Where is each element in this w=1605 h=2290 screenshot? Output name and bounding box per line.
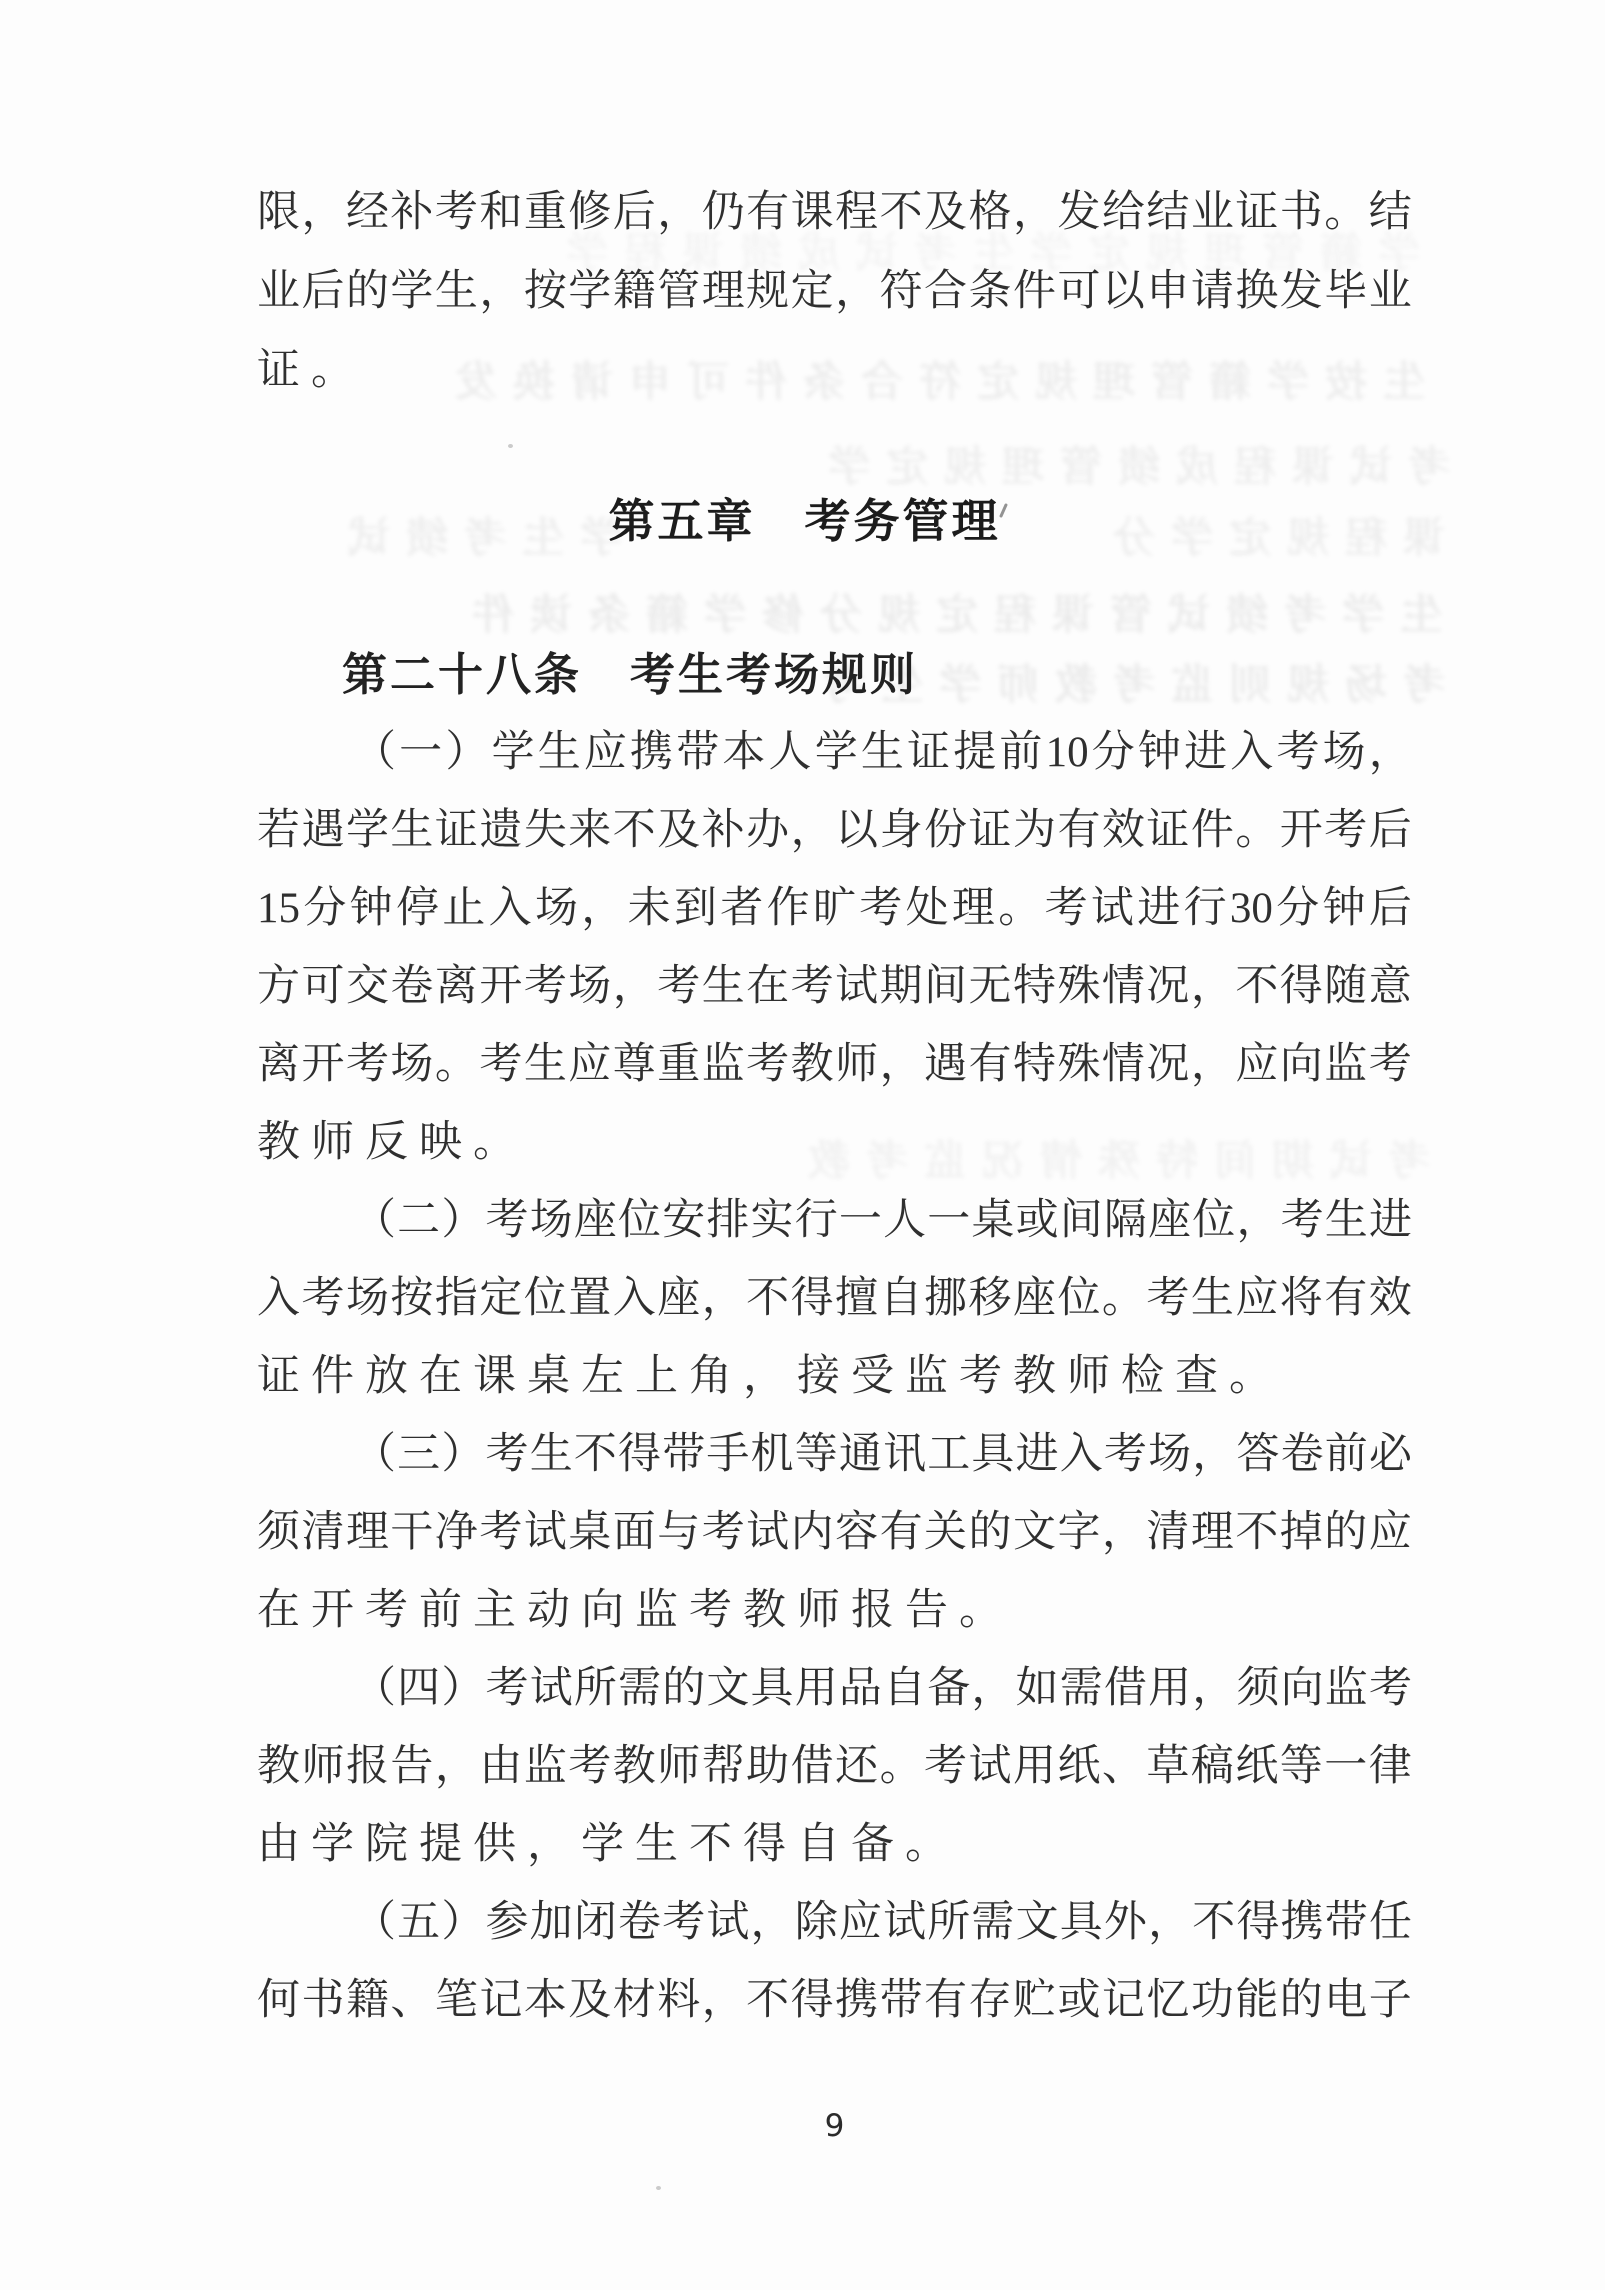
document-line: （一）学生应携带本人学生证提前10分钟进入考场，: [353, 726, 1412, 780]
scan-speck: [656, 2186, 661, 2190]
document-line: 15分钟停止入场，未到者作旷考处理。考试进行30分钟后: [257, 882, 1412, 936]
document-line: 证件放在课桌左上角，接受监考教师检查。: [257, 1350, 1412, 1404]
document-line: 教师报告，由监考教师帮助借还。考试用纸、草稿纸等一律: [257, 1740, 1412, 1794]
document-line: 须清理干净考试桌面与考试内容有关的文字，清理不掉的应: [257, 1506, 1412, 1560]
text-block: 限，经补考和重修后，仍有课程不及格，发给结业证书。结业后的学生，按学籍管理规定，…: [257, 0, 1412, 2290]
document-line: 入考场按指定位置入座，不得擅自挪移座位。考生应将有效: [257, 1272, 1412, 1326]
document-line: 证。: [257, 344, 1412, 398]
article-heading: 第二十八条 考生考场规则: [342, 648, 1412, 702]
document-line: （五）参加闭卷考试，除应试所需文具外，不得携带任: [353, 1896, 1412, 1950]
page-number: 9: [257, 2108, 1412, 2144]
document-line: 若遇学生证遗失来不及补办，以身份证为有效证件。开考后: [257, 804, 1412, 858]
document-line: 业后的学生，按学籍管理规定，符合条件可以申请换发毕业: [257, 265, 1412, 319]
document-line: 方可交卷离开考场，考生在考试期间无特殊情况，不得随意: [257, 960, 1412, 1014]
document-line: （二）考场座位安排实行一人一桌或间隔座位，考生进: [353, 1194, 1412, 1248]
document-line: 限，经补考和重修后，仍有课程不及格，发给结业证书。结: [257, 186, 1412, 240]
document-line: 由学院提供，学生不得自备。: [257, 1818, 1412, 1872]
document-page: 学籍管理规定学生考试成绩课程学生按学籍管理规定符合条件可申请换发考试课程成绩管理…: [0, 0, 1605, 2290]
document-line: 教师反映。: [257, 1116, 1412, 1170]
document-line: （四）考试所需的文具用品自备，如需借用，须向监考: [353, 1662, 1412, 1716]
document-line: 离开考场。考生应尊重监考教师，遇有特殊情况，应向监考: [257, 1038, 1412, 1092]
document-line: 何书籍、笔记本及材料，不得携带有存贮或记忆功能的电子: [257, 1974, 1412, 2028]
scan-speck: [508, 444, 513, 448]
document-line: （三）考生不得带手机等通讯工具进入考场，答卷前必: [353, 1428, 1412, 1482]
chapter-heading: 第五章 考务管理: [227, 495, 1382, 549]
document-line: 在开考前主动向监考教师报告。: [257, 1584, 1412, 1638]
